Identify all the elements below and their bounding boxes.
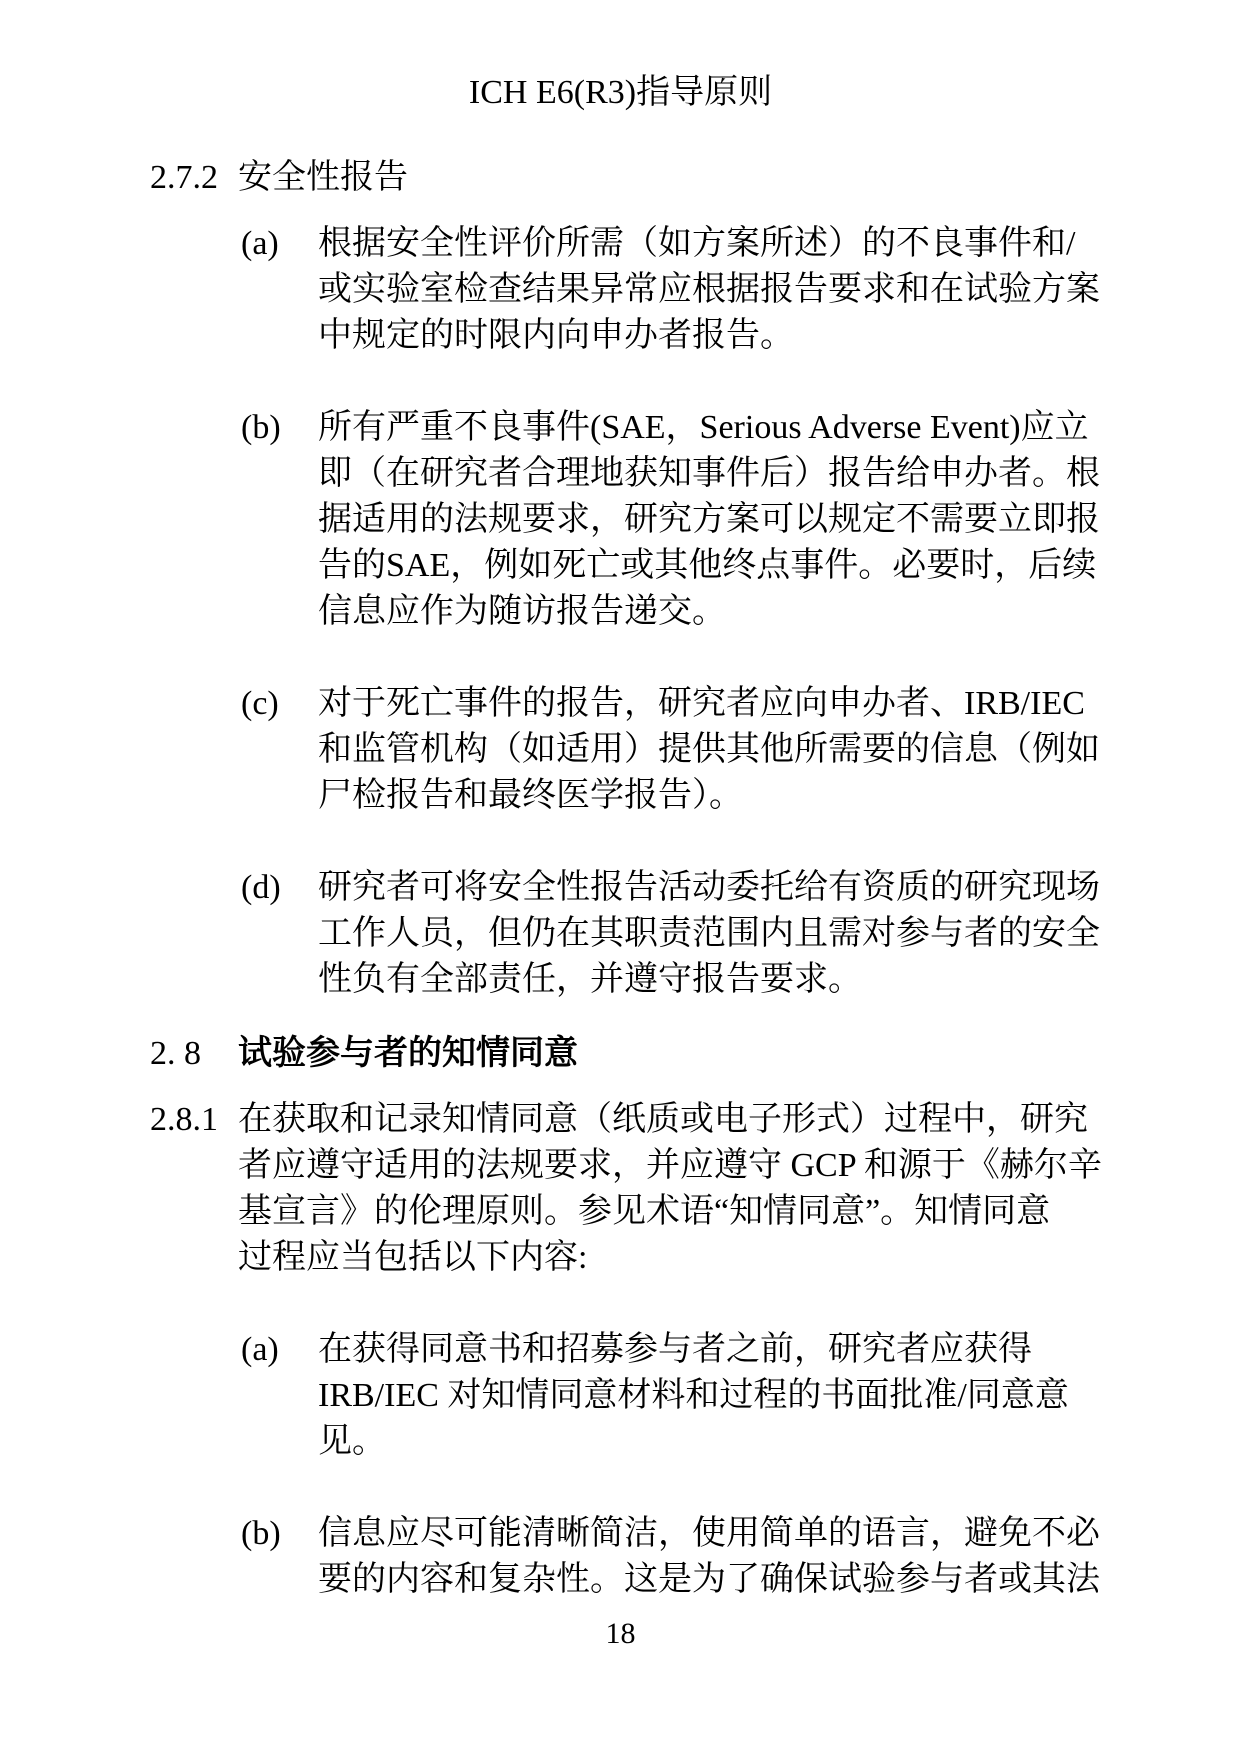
page-header-title: ICH E6(R3)指导原则: [0, 70, 1241, 116]
paragraph-lines: 根据安全性评价所需（如方案所述）的不良事件和/或实验室检查结果异常应根据报告要求…: [318, 221, 1100, 359]
list-item-label: (b): [241, 405, 318, 451]
text-line: 性负有全部责任，并遵守报告要求。: [318, 957, 1100, 1003]
list-item: (b)信息应尽可能清晰简洁，使用简单的语言，避免不必要的内容和复杂性。这是为了确…: [241, 1511, 1110, 1603]
list-item: (c)对于死亡事件的报告，研究者应向申办者、IRB/IEC和监管机构（如适用）提…: [241, 681, 1110, 819]
text-line: 尸检报告和最终医学报告）。: [318, 773, 1100, 819]
numbered-paragraph: 2.8.1在获取和记录知情同意（纸质或电子形式）过程中，研究者应遵守适用的法规要…: [150, 1097, 1110, 1281]
text-line: 和监管机构（如适用）提供其他所需要的信息（例如: [318, 727, 1100, 773]
section-title: 试验参与者的知情同意: [238, 1031, 578, 1077]
list-item-label: (a): [241, 221, 318, 267]
text-line: 即（在研究者合理地获知事件后）报告给申办者。根: [318, 451, 1100, 497]
text-line: 见。: [318, 1419, 1100, 1465]
paragraph-lines: 研究者可将安全性报告活动委托给有资质的研究现场工作人员，但仍在其职责范围内且需对…: [318, 865, 1100, 1003]
list-item-label: (a): [241, 1327, 318, 1373]
paragraph-lines: 对于死亡事件的报告，研究者应向申办者、IRB/IEC和监管机构（如适用）提供其他…: [318, 681, 1100, 819]
text-line: 在获取和记录知情同意（纸质或电子形式）过程中，研究: [238, 1097, 1100, 1143]
document-page: ICH E6(R3)指导原则 2.7.2安全性报告(a)根据安全性评价所需（如方…: [0, 0, 1241, 1755]
text-line: 据适用的法规要求，研究方案可以规定不需要立即报: [318, 497, 1100, 543]
list-item-label: (d): [241, 865, 318, 911]
text-line: 信息应作为随访报告递交。: [318, 589, 1100, 635]
paragraph-lines: 所有严重不良事件(SAE，Serious Adverse Event)应立即（在…: [318, 405, 1100, 635]
section-number: 2. 8: [150, 1031, 238, 1077]
list-item: (a)根据安全性评价所需（如方案所述）的不良事件和/或实验室检查结果异常应根据报…: [241, 221, 1110, 359]
list-item-label: (b): [241, 1511, 318, 1557]
section-number: 2.7.2: [150, 155, 238, 201]
list-item: (a)在获得同意书和招募参与者之前，研究者应获得IRB/IEC 对知情同意材料和…: [241, 1327, 1110, 1465]
text-line: 告的SAE，例如死亡或其他终点事件。必要时，后续: [318, 543, 1100, 589]
text-line: 研究者可将安全性报告活动委托给有资质的研究现场: [318, 865, 1100, 911]
section-heading: 2. 8试验参与者的知情同意: [150, 1031, 1110, 1077]
text-line: 所有严重不良事件(SAE，Serious Adverse Event)应立: [318, 405, 1100, 451]
document-body: 2.7.2安全性报告(a)根据安全性评价所需（如方案所述）的不良事件和/或实验室…: [150, 116, 1110, 1603]
page-number: 18: [0, 1614, 1241, 1654]
section-title: 安全性报告: [238, 155, 408, 201]
text-line: 根据安全性评价所需（如方案所述）的不良事件和/: [318, 221, 1100, 267]
text-line: 中规定的时限内向申办者报告。: [318, 313, 1100, 359]
paragraph-lines: 在获取和记录知情同意（纸质或电子形式）过程中，研究者应遵守适用的法规要求，并应遵…: [238, 1097, 1100, 1281]
list-item: (d)研究者可将安全性报告活动委托给有资质的研究现场工作人员，但仍在其职责范围内…: [241, 865, 1110, 1003]
section-heading: 2.7.2安全性报告: [150, 155, 1110, 201]
text-line: 者应遵守适用的法规要求，并应遵守 GCP 和源于《赫尔辛: [238, 1143, 1100, 1189]
text-line: 工作人员，但仍在其职责范围内且需对参与者的安全: [318, 911, 1100, 957]
text-line: 对于死亡事件的报告，研究者应向申办者、IRB/IEC: [318, 681, 1100, 727]
paragraph-lines: 信息应尽可能清晰简洁，使用简单的语言，避免不必要的内容和复杂性。这是为了确保试验…: [318, 1511, 1100, 1603]
list-item-label: (c): [241, 681, 318, 727]
text-line: 或实验室检查结果异常应根据报告要求和在试验方案: [318, 267, 1100, 313]
paragraph-lines: 在获得同意书和招募参与者之前，研究者应获得IRB/IEC 对知情同意材料和过程的…: [318, 1327, 1100, 1465]
text-line: 要的内容和复杂性。这是为了确保试验参与者或其法: [318, 1557, 1100, 1603]
text-line: 基宣言》的伦理原则。参见术语“知情同意”。知情同意: [238, 1189, 1100, 1235]
text-line: 过程应当包括以下内容:: [238, 1235, 1100, 1281]
text-line: IRB/IEC 对知情同意材料和过程的书面批准/同意意: [318, 1373, 1100, 1419]
paragraph-number: 2.8.1: [150, 1097, 238, 1143]
list-item: (b)所有严重不良事件(SAE，Serious Adverse Event)应立…: [241, 405, 1110, 635]
text-line: 信息应尽可能清晰简洁，使用简单的语言，避免不必: [318, 1511, 1100, 1557]
text-line: 在获得同意书和招募参与者之前，研究者应获得: [318, 1327, 1100, 1373]
